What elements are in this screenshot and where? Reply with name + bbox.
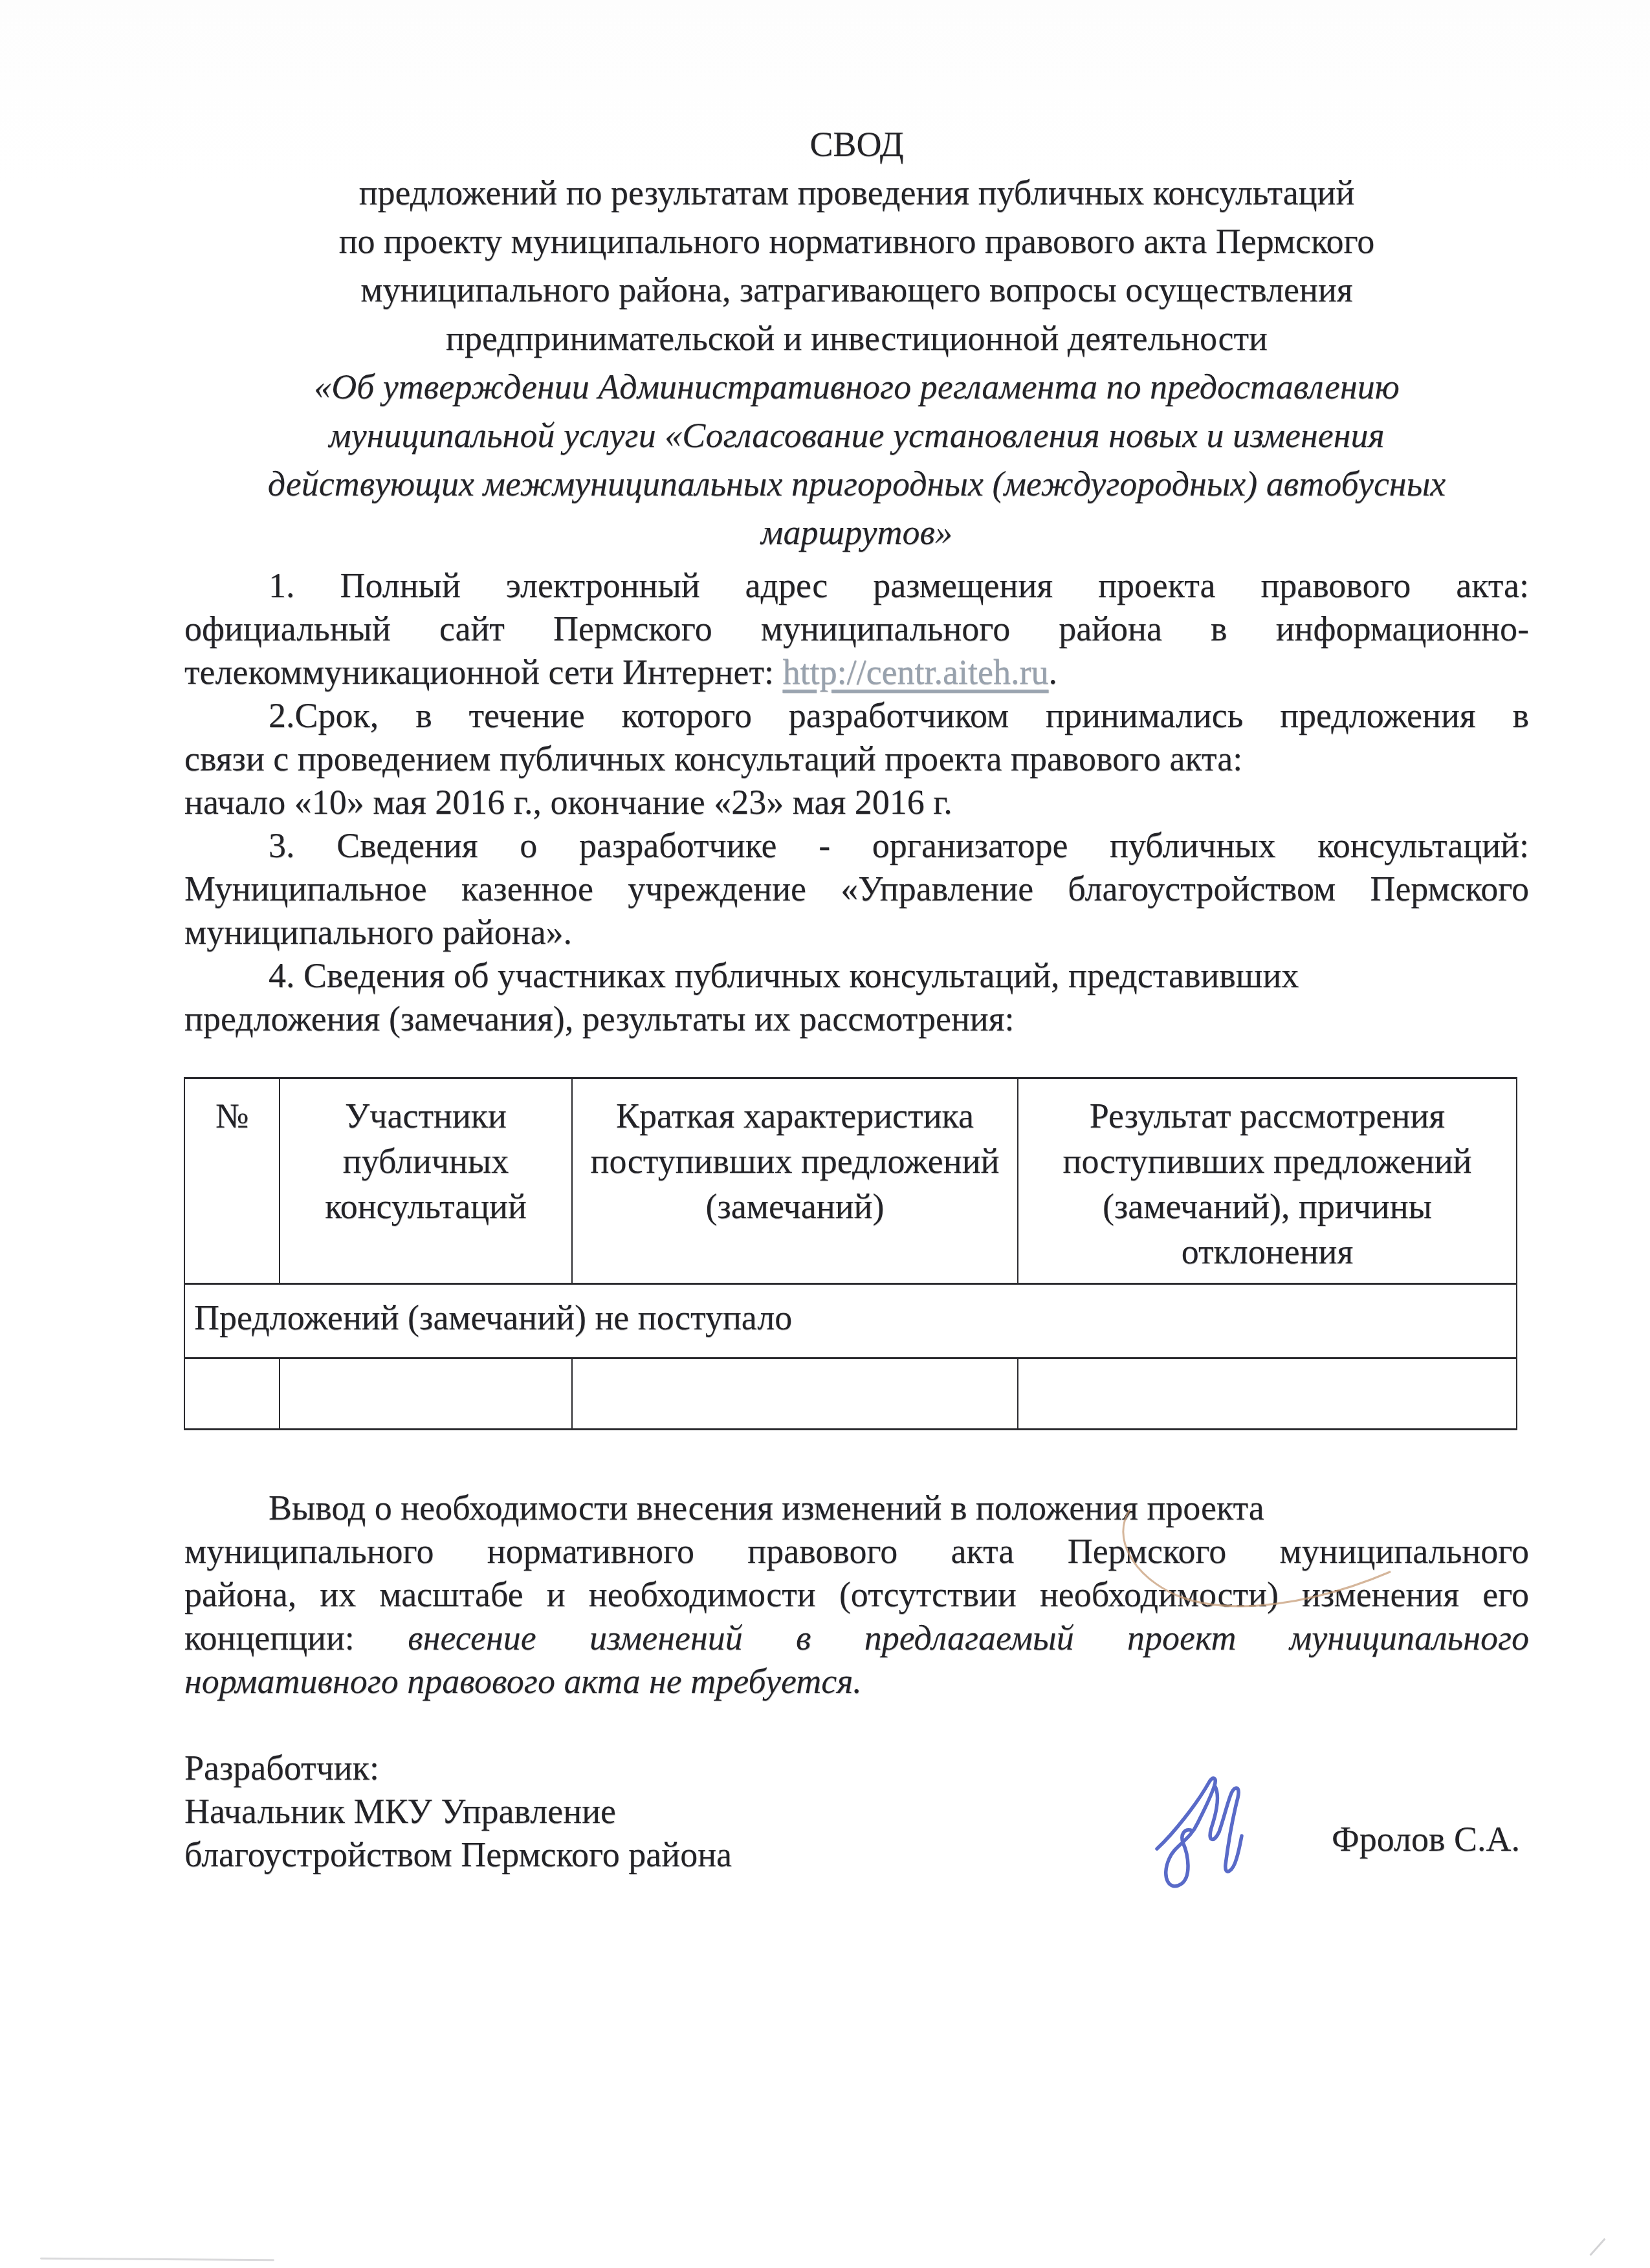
conclusion-line-5: нормативного правового акта не требуется… bbox=[184, 1660, 1529, 1703]
table-header-participants: Участники публичных консультаций bbox=[280, 1078, 572, 1284]
paragraph-1-line-1: 1. Полный электронный адрес размещения п… bbox=[184, 564, 1529, 607]
project-url-link[interactable]: http://centr.aiteh.ru bbox=[783, 653, 1049, 692]
paragraph-2-line-2: связи с проведением публичных консультац… bbox=[184, 737, 1529, 781]
handwritten-signature bbox=[1150, 1770, 1260, 1896]
table-header-characteristic: Краткая характеристика поступивших предл… bbox=[572, 1078, 1018, 1284]
paragraph-1-line-3: телекоммуникационной сети Интернет: http… bbox=[184, 651, 1529, 694]
title-line-2: предложений по результатам проведения пу… bbox=[184, 169, 1529, 217]
internet-address-label: телекоммуникационной сети Интернет: bbox=[184, 653, 783, 692]
title-line-3: по проекту муниципального нормативного п… bbox=[184, 217, 1529, 266]
table-cell-empty bbox=[184, 1358, 280, 1430]
developer-position-line-2: благоустройством Пермского района bbox=[184, 1833, 1529, 1877]
conclusion-line-3: района, их масштабе и необходимости (отс… bbox=[184, 1573, 1529, 1617]
paragraph-3-line-3: муниципального района». bbox=[184, 911, 1529, 954]
consultation-results-table: № Участники публичных консультаций Кратк… bbox=[184, 1077, 1517, 1430]
conclusion-line-4: концепции: внесение изменений в предлага… bbox=[184, 1617, 1529, 1660]
table-no-proposals-row: Предложений (замечаний) не поступало bbox=[184, 1284, 1517, 1358]
table-cell-empty bbox=[1018, 1358, 1517, 1430]
title-line-5: предпринимательской и инвестиционной дея… bbox=[184, 314, 1529, 363]
conclusion-paragraph: Вывод о необходимости внесения изменений… bbox=[184, 1487, 1529, 1703]
scanned-document-page: СВОД предложений по результатам проведен… bbox=[0, 0, 1650, 2268]
paragraph-3-line-2: Муниципальное казенное учреждение «Управ… bbox=[184, 867, 1529, 911]
title-act-name-line-1: «Об утверждении Административного реглам… bbox=[184, 363, 1529, 411]
title-line-4: муниципального района, затрагивающего во… bbox=[184, 266, 1529, 314]
table-empty-row bbox=[184, 1358, 1517, 1430]
conclusion-line-1: Вывод о необходимости внесения изменений… bbox=[184, 1487, 1529, 1530]
conclusion-line-2: муниципального нормативного правового ак… bbox=[184, 1530, 1529, 1573]
paragraph-2-line-3-dates: начало «10» мая 2016 г., окончание «23» … bbox=[184, 781, 1529, 824]
paragraph-2-line-1: 2.Срок, в течение которого разработчиком… bbox=[184, 694, 1529, 737]
title-line-1: СВОД bbox=[184, 120, 1529, 169]
paragraph-4-line-2: предложения (замечания), результаты их р… bbox=[184, 998, 1529, 1041]
title-act-name-line-2: муниципальной услуги «Согласование устан… bbox=[184, 411, 1529, 460]
paragraph-1-line-2: официальный сайт Пермского муниципальног… bbox=[184, 607, 1529, 651]
paragraph-4-line-1: 4. Сведения об участниках публичных конс… bbox=[184, 954, 1529, 998]
scan-artifact-bottom-left bbox=[40, 2258, 274, 2262]
conclusion-label: концепции: bbox=[184, 1619, 408, 1657]
signer-name: Фролов С.А. bbox=[1332, 1818, 1520, 1861]
scan-artifact-bottom-right bbox=[1590, 2238, 1606, 2256]
document-body: 1. Полный электронный адрес размещения п… bbox=[184, 564, 1529, 1041]
table-header-number: № bbox=[184, 1078, 280, 1284]
title-act-name-line-4: маршрутов» bbox=[184, 508, 1529, 557]
table-no-proposals-cell: Предложений (замечаний) не поступало bbox=[184, 1284, 1517, 1358]
sentence-period: . bbox=[1048, 653, 1057, 692]
table-header-row: № Участники публичных консультаций Кратк… bbox=[184, 1078, 1517, 1284]
table-header-result: Результат рассмотрения поступивших предл… bbox=[1018, 1078, 1517, 1284]
title-act-name-line-3: действующих межмуниципальных пригородных… bbox=[184, 460, 1529, 508]
signature-block: Разработчик: Начальник МКУ Управление бл… bbox=[184, 1747, 1529, 1902]
developer-position-line-1: Начальник МКУ Управление bbox=[184, 1790, 1529, 1833]
table-cell-empty bbox=[572, 1358, 1018, 1430]
paragraph-3-line-1: 3. Сведения о разработчике - организатор… bbox=[184, 824, 1529, 867]
conclusion-verdict-italic: внесение изменений в предлагаемый проект… bbox=[408, 1619, 1529, 1657]
document-title: СВОД предложений по результатам проведен… bbox=[184, 120, 1529, 557]
table-cell-empty bbox=[280, 1358, 572, 1430]
developer-label: Разработчик: bbox=[184, 1747, 1529, 1790]
